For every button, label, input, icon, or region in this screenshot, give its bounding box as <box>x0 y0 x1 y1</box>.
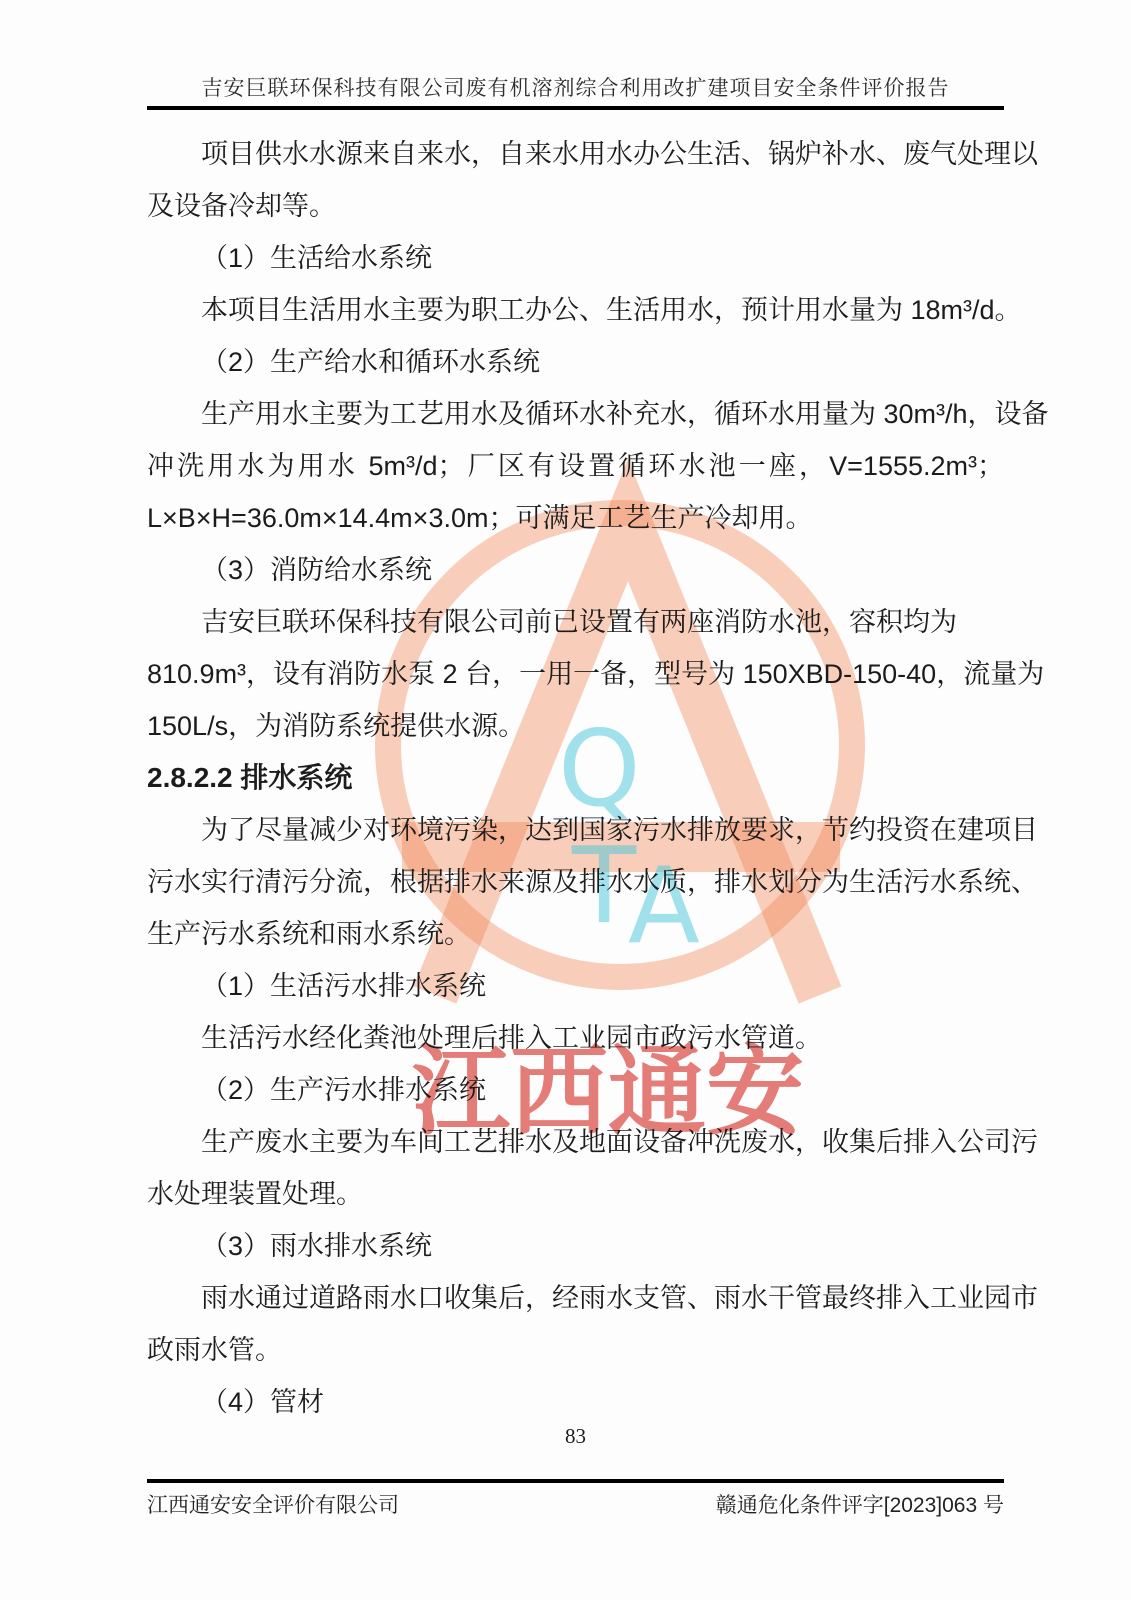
body-line: L×B×H=36.0m×14.4m×3.0m；可满足工艺生产冷却用。 <box>147 492 1004 544</box>
body-line: 本项目生活用水主要为职工办公、生活用水，预计用水量为 18m³/d。 <box>147 284 1004 336</box>
body-line: 150L/s，为消防系统提供水源。 <box>147 700 1004 752</box>
body-line: 水处理装置处理。 <box>147 1168 1004 1220</box>
report-title: 吉安巨联环保科技有限公司废有机溶剂综合利用改扩建项目安全条件评价报告 <box>147 72 1004 102</box>
body-line: 污水实行清污分流，根据排水来源及排水水质，排水划分为生活污水系统、 <box>147 856 1004 908</box>
footer-certificate-number: 赣通危化条件评字[2023]063 号 <box>716 1489 1004 1519</box>
body-line: （1）生活给水系统 <box>147 232 1004 284</box>
body-line: 810.9m³，设有消防水泵 2 台，一用一备，型号为 150XBD-150-4… <box>147 648 1004 700</box>
body-line: 冲洗用水为用水 5m³/d；厂区有设置循环水池一座，V=1555.2m³； <box>147 440 1004 492</box>
body-line: （1）生活污水排水系统 <box>147 960 1004 1012</box>
body-line: 雨水通过道路雨水口收集后，经雨水支管、雨水干管最终排入工业园市 <box>147 1272 1004 1324</box>
body-line: 政雨水管。 <box>147 1324 1004 1376</box>
body-line: 项目供水水源来自来水，自来水用水办公生活、锅炉补水、废气处理以 <box>147 128 1004 180</box>
footer-rule <box>147 1479 1004 1483</box>
body-line: （4）管材 <box>147 1376 1004 1428</box>
body-line: 生产废水主要为车间工艺排水及地面设备冲洗废水，收集后排入公司污 <box>147 1116 1004 1168</box>
body-line: 为了尽量减少对环境污染，达到国家污水排放要求，节约投资在建项目 <box>147 804 1004 856</box>
body-line: 吉安巨联环保科技有限公司前已设置有两座消防水池，容积均为 <box>147 596 1004 648</box>
footer-company-name: 江西通安安全评价有限公司 <box>147 1489 399 1519</box>
document-page: Q T A 江西通安 吉安巨联环保科技有限公司废有机溶剂综合利用改扩建项目安全条… <box>0 0 1131 1600</box>
body-line: 生产污水系统和雨水系统。 <box>147 908 1004 960</box>
body-line: （2）生产污水排水系统 <box>147 1064 1004 1116</box>
body-line: （2）生产给水和循环水系统 <box>147 336 1004 388</box>
body-line: （3）雨水排水系统 <box>147 1220 1004 1272</box>
body-line: （3）消防给水系统 <box>147 544 1004 596</box>
body-line: 生产用水主要为工艺用水及循环水补充水，循环水用量为 30m³/h，设备 <box>147 388 1004 440</box>
body-lines: 项目供水水源来自来水，自来水用水办公生活、锅炉补水、废气处理以及设备冷却等。（1… <box>147 128 1004 1428</box>
page-number: 83 <box>147 1424 1004 1449</box>
page-footer: 江西通安安全评价有限公司 赣通危化条件评字[2023]063 号 <box>147 1489 1004 1519</box>
body-line: 2.8.2.2 排水系统 <box>147 752 1004 804</box>
header-rule <box>147 106 1004 110</box>
page-header: 吉安巨联环保科技有限公司废有机溶剂综合利用改扩建项目安全条件评价报告 <box>147 72 1004 102</box>
body-line: 及设备冷却等。 <box>147 180 1004 232</box>
body-line: 生活污水经化粪池处理后排入工业园市政污水管道。 <box>147 1012 1004 1064</box>
